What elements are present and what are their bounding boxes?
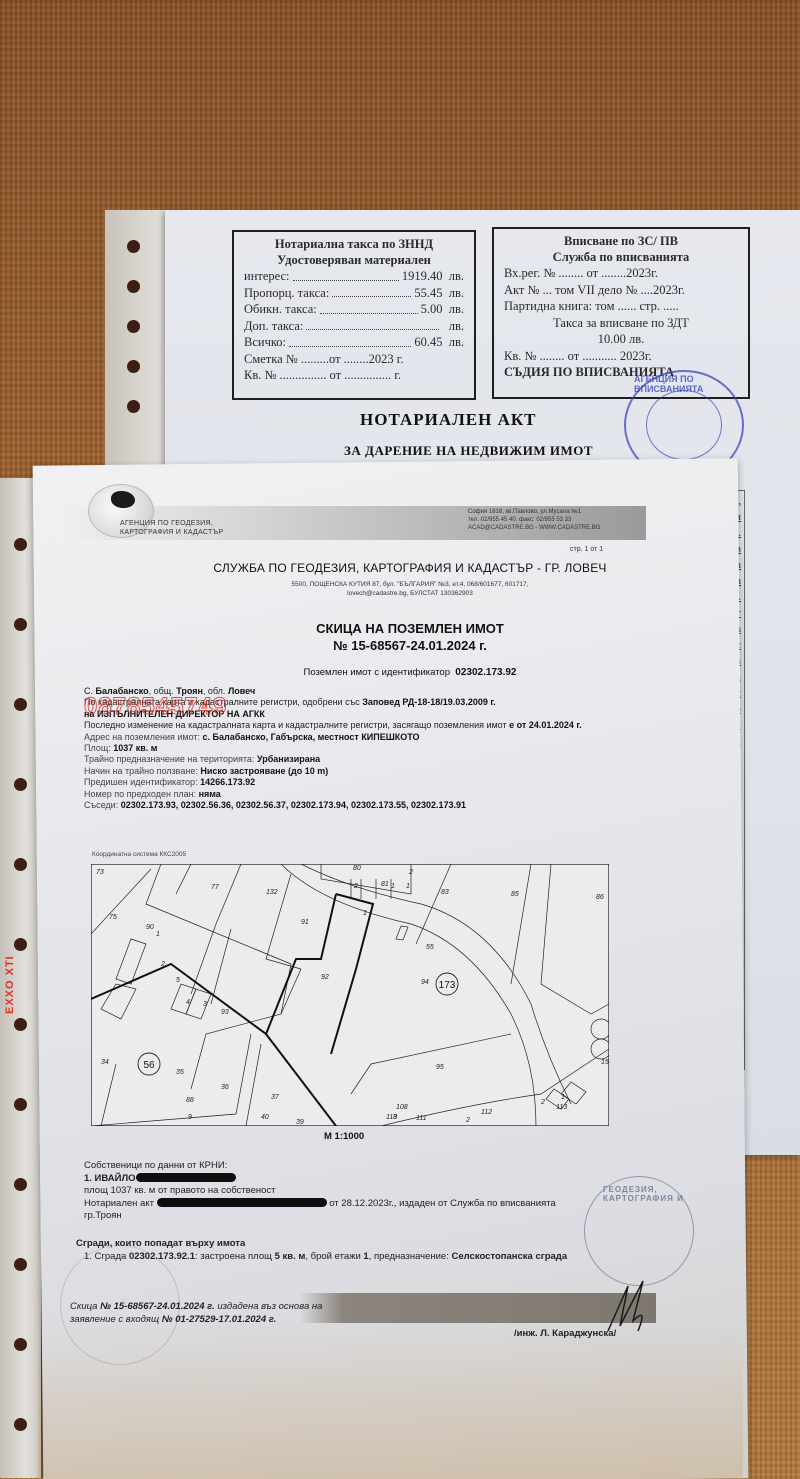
parcel-label: 92 bbox=[321, 974, 329, 981]
parcel-label: 95 bbox=[436, 1064, 444, 1071]
parcel-identifier-line: Поземлен имот с идентификатор 02302.173.… bbox=[0, 667, 800, 678]
parcel-field: Адрес на поземления имот: с. Балабанско,… bbox=[84, 732, 684, 743]
fee-row: Доп. такса: лв. bbox=[244, 318, 464, 335]
parcel-label: 1 bbox=[391, 883, 395, 890]
parcel-label: 77 bbox=[211, 884, 220, 891]
issued-note: Скица № 15-68567-24.01.2024 г. издадена … bbox=[70, 1301, 322, 1326]
parcel-label: 73 bbox=[96, 869, 104, 876]
parcel-label: 15 bbox=[601, 1059, 609, 1066]
reg-receipt-line: Кв. № ........ от ........... 2023г. bbox=[504, 348, 738, 365]
fee-box-subtitle: Удостоверяван материален bbox=[244, 252, 464, 268]
parcel-label: 1 bbox=[561, 1094, 565, 1101]
parcel-label: 108 bbox=[396, 1104, 408, 1111]
parcel-label: 83 bbox=[441, 889, 449, 896]
parcel-label: 1 bbox=[406, 883, 410, 890]
page-number: стр. 1 от 1 bbox=[570, 546, 603, 553]
punch-hole bbox=[127, 400, 140, 413]
owners-heading: Собственици по данни от КРНИ: bbox=[84, 1160, 684, 1173]
receipt-line: Кв. № ............... от ...............… bbox=[244, 367, 464, 384]
parcel-label: 111 bbox=[416, 1115, 427, 1122]
punch-hole bbox=[14, 1178, 27, 1191]
fee-row: Обикн. такса:5.00 лв. bbox=[244, 301, 464, 318]
parcel-label: 55 bbox=[426, 944, 434, 951]
redacted-surname bbox=[136, 1173, 236, 1182]
parcel-label: 35 bbox=[176, 1069, 184, 1076]
last-change-line: Последно изменение на кадастралната карт… bbox=[84, 720, 684, 731]
parcel-label: 80 bbox=[353, 865, 361, 872]
punch-hole bbox=[127, 240, 140, 253]
parcel-label: 37 bbox=[271, 1094, 280, 1101]
redacted-deed-number bbox=[157, 1198, 327, 1207]
punch-hole bbox=[14, 538, 27, 551]
parcel-label: 2 bbox=[353, 883, 358, 890]
coordinate-system-label: Координатна система ККС2005 bbox=[92, 851, 186, 858]
fee-label: Такса за вписване по ЗДТ bbox=[504, 315, 738, 332]
punch-hole bbox=[14, 858, 27, 871]
parcel-label: 39 bbox=[296, 1119, 304, 1126]
parcel-label: 113 bbox=[556, 1104, 567, 1111]
fee-row: Всичко:60.45 лв. bbox=[244, 334, 464, 351]
punch-hole bbox=[14, 1338, 27, 1351]
parcel-label: 132 bbox=[266, 889, 278, 896]
invoice-line: Сметка № .........от ........2023 г. bbox=[244, 351, 464, 368]
party-book-line: Партидна книга: том ...... стр. ..... bbox=[504, 298, 738, 315]
fee-box-title: Нотариална такса по ЗННД bbox=[244, 236, 464, 252]
parcel-field: Предишен идентификатор: 14266.173.92 bbox=[84, 777, 684, 788]
punch-hole bbox=[127, 280, 140, 293]
parcel-label: 75 bbox=[109, 914, 117, 921]
reg-box-title: Вписване по ЗС/ ПВ bbox=[504, 233, 738, 249]
owner-share: площ 1037 кв. м от правото на собственос… bbox=[84, 1185, 684, 1198]
parcel-label: 112 bbox=[481, 1109, 492, 1116]
parcel-label: 88 bbox=[186, 1097, 194, 1104]
parcel-label: 40 bbox=[261, 1114, 269, 1121]
parcel-label: 1 bbox=[156, 931, 160, 938]
notarial-act-title: НОТАРИАЛЕН АКТ bbox=[360, 410, 537, 430]
parcel-label: 2 bbox=[540, 1099, 545, 1106]
parcel-field: Площ: 1037 кв. м bbox=[84, 743, 684, 754]
punch-hole bbox=[14, 698, 27, 711]
document-title: СКИЦА НА ПОЗЕМЛЕН ИМОТ № 15-68567-24.01.… bbox=[0, 620, 800, 654]
reg-box-subtitle: Служба по вписванията bbox=[504, 249, 738, 265]
parcel-label: 1 bbox=[363, 910, 367, 917]
parcel-label: 94 bbox=[421, 979, 429, 986]
binder-sleeve-back bbox=[105, 210, 167, 465]
parcel-label: 9 bbox=[188, 1114, 192, 1121]
parcel-field: Номер по предходен план: няма bbox=[84, 789, 684, 800]
cadastral-map: 7577132808121128385869012534919215593943… bbox=[91, 864, 609, 1126]
owner-row: 1. ИВАЙЛО bbox=[84, 1173, 684, 1186]
document-number: № 15-68567-24.01.2024 г. bbox=[20, 637, 800, 654]
stamp-text: АГЕНЦИЯ ПО ВПИСВАНИЯТА bbox=[634, 374, 742, 394]
parcel-label: 3 bbox=[393, 1114, 397, 1121]
cadastral-block-56: 56 bbox=[143, 1060, 155, 1071]
incoming-reg-line: Вх.рег. № ........ от ........2023г. bbox=[504, 265, 738, 282]
act-line: Акт № ... том VII дело № ....2023г. bbox=[504, 282, 738, 299]
fee-row: интерес:1919.40 лв. bbox=[244, 268, 464, 285]
bulgaria-map-icon bbox=[111, 491, 135, 508]
map-scale: М 1:1000 bbox=[324, 1131, 364, 1142]
punch-hole bbox=[127, 360, 140, 373]
parcel-label: 81 bbox=[381, 881, 389, 888]
parcel-label: 93 bbox=[221, 1009, 229, 1016]
office-address: 5500, ПОЩЕНСКА КУТИЯ 87, бул. "БЪЛГАРИЯ"… bbox=[0, 580, 800, 598]
parcel-field: Трайно предназначение на територията: Ур… bbox=[84, 754, 684, 765]
cadastre-office-stamp: ГЕОДЕЗИЯ, КАРТОГРАФИЯ И bbox=[584, 1176, 694, 1286]
fee-value: 10.00 лв. bbox=[504, 331, 738, 348]
buildings-heading: Сгради, които попадат върху имота bbox=[76, 1238, 686, 1251]
punch-hole bbox=[14, 1418, 27, 1431]
fee-row: Пропорц. такса:55.45 лв. bbox=[244, 285, 464, 302]
parcel-field: Съседи: 02302.173.93, 02302.56.36, 02302… bbox=[84, 800, 684, 811]
signature-scribble bbox=[598, 1276, 658, 1336]
notarial-act-subtitle: ЗА ДАРЕНИЕ НА НЕДВИЖИМ ИМОТ bbox=[344, 443, 593, 459]
parcel-label: 90 bbox=[146, 924, 154, 931]
parcel-label: 4 bbox=[186, 999, 190, 1006]
punch-hole bbox=[14, 1258, 27, 1271]
parcel-label: 86 bbox=[596, 894, 604, 901]
parcel-label: 2 bbox=[160, 961, 165, 968]
parcel-label: 34 bbox=[101, 1059, 109, 1066]
notary-fee-box: Нотариална такса по ЗННД Удостоверяван м… bbox=[232, 230, 476, 400]
parcel-field: Начин на трайно ползване: Ниско застрояв… bbox=[84, 766, 684, 777]
phone-watermark: 0878545749 bbox=[84, 693, 227, 721]
punch-hole bbox=[127, 320, 140, 333]
cadastral-block-173: 173 bbox=[439, 980, 456, 991]
stamp-inner-ring bbox=[646, 390, 722, 460]
sleeve-brand-label: EXXO XTI bbox=[4, 950, 34, 1020]
signer-name: /инж. Л. Караджунска/ bbox=[514, 1328, 616, 1339]
punch-hole bbox=[14, 778, 27, 791]
agency-contact: София 1618, кв.Павлово, ул.Мусала №1 тел… bbox=[468, 508, 600, 532]
parcel-label: 91 bbox=[301, 919, 309, 926]
parcel-identifier: 02302.173.92 bbox=[455, 667, 516, 678]
agency-name: АГЕНЦИЯ ПО ГЕОДЕЗИЯ, КАРТОГРАФИЯ И КАДАС… bbox=[120, 519, 223, 537]
parcel-label: 2 bbox=[465, 1117, 470, 1124]
buildings-section: Сгради, които попадат върху имота 1. Сгр… bbox=[76, 1238, 686, 1263]
building-row: 1. Сграда 02302.173.92.1: застроена площ… bbox=[76, 1251, 686, 1264]
parcel-label: 3 bbox=[203, 1001, 207, 1008]
punch-hole bbox=[14, 1098, 27, 1111]
parcel-label: 85 bbox=[511, 891, 519, 898]
parcel-label: 36 bbox=[221, 1084, 229, 1091]
office-title: СЛУЖБА ПО ГЕОДЕЗИЯ, КАРТОГРАФИЯ И КАДАСТ… bbox=[0, 561, 800, 575]
parcel-label: 5 bbox=[176, 977, 180, 984]
parcel-label: 2 bbox=[408, 869, 413, 876]
